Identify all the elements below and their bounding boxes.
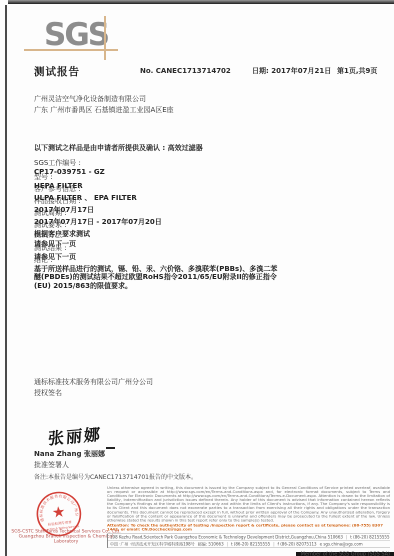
address-row-cn: 中国 ·广州 ·经济技术开发区科学城科珠路198号 邮编: 510663| t … xyxy=(108,540,390,547)
handwritten-signature: 张丽娜 xyxy=(47,422,102,450)
divider: | xyxy=(346,534,347,541)
field-label: SGS工作编号 : xyxy=(34,159,140,168)
divider: | xyxy=(227,541,228,548)
stamp-company-text: SGS-CSTC Standards Technical Services Co… xyxy=(10,529,122,544)
field-label: 型号 : xyxy=(34,173,140,182)
stamp-star-icon: ★ xyxy=(51,502,66,521)
phone-en: t (86-20) 82155555 xyxy=(350,534,389,541)
sgs-logo: SGS xyxy=(44,17,108,53)
signer-name: Nana Zhang 张丽娜 xyxy=(34,450,105,459)
field-row-conclusion: 结论 :基于所送样品进行的测试，镉、铅、汞、六价铬、多溴联苯(PBBs)、多溴二… xyxy=(34,256,384,290)
field-label: 测试要求 : xyxy=(34,221,140,230)
legal-disclaimer: Unless otherwise agreed in writing, this… xyxy=(107,486,390,522)
field-value: 基于所送样品进行的测试，镉、铅、汞、六价铬、多溴联苯(PBBs)、多溴二苯醚(P… xyxy=(34,265,282,291)
address-cn: 中国 ·广州 ·经济技术开发区科学城科珠路198号 xyxy=(110,541,195,548)
field-label: 测试周期 : xyxy=(34,209,140,218)
field-label: 测试方法 : xyxy=(34,231,140,240)
divider: | xyxy=(273,541,274,548)
report-number: No. CANEC1713714702 xyxy=(140,67,231,76)
stamp-company-line2: Guangzhou Branch Inspection & Chemical L… xyxy=(10,534,122,544)
remark-note: 备注:本报告是编号为CANEC1713714701报告的中文版本。 xyxy=(34,472,197,481)
report-title: 测试报告 xyxy=(34,64,80,79)
report-page: SGS 测试报告 No. CANEC1713714702 日期: 2017年07… xyxy=(0,0,394,556)
attention-notice: Attention: To check the authenticity of … xyxy=(107,523,390,531)
address-en: 198 Kezhu Road,Scientech Park Guangzhou … xyxy=(110,534,343,541)
address-box: 198 Kezhu Road,Scientech Park Guangzhou … xyxy=(107,533,390,548)
sample-statement: 以下测试之样品是由申请者所提供及确认 : 高效过滤器 xyxy=(34,144,203,153)
applicant-name: 广州灵洁空气净化设备制造有限公司 xyxy=(34,95,146,104)
scan-edge-left xyxy=(5,5,7,556)
field-label: 客户参考信息 : xyxy=(34,185,140,194)
footer-block: Unless otherwise agreed in writing, this… xyxy=(107,486,390,556)
signer-title: 批准签署人 xyxy=(34,461,69,470)
signature-underscore xyxy=(106,447,115,449)
fax-cn: f (86-20) 82075113 xyxy=(278,541,317,548)
applicant-address: 广东 广州市番禺区 石基镇进盈工业园A区E座 xyxy=(34,106,174,115)
scan-edge-top xyxy=(8,0,394,4)
phone-cn: t (86-20) 82155555 xyxy=(231,541,270,548)
field-label: 测试结果 : xyxy=(34,244,140,253)
authorized-signature-label: 授权签名 xyxy=(34,389,62,398)
email: e sgs.china@sgs.com xyxy=(320,541,363,548)
field-label: 样品接收日期 : xyxy=(34,197,140,206)
page-count: 第1页,共9页 xyxy=(337,67,377,76)
sgs-member-line: Member of the SGS Group (SGS SA) xyxy=(107,551,390,556)
field-label: 结论 : xyxy=(34,256,140,265)
postcode: 邮编: 510663 xyxy=(198,541,224,548)
logo-crossline xyxy=(104,16,106,60)
report-date: 日期: 2017年07月21日 xyxy=(252,67,331,76)
issuing-company: 通标标准技术服务有限公司广州分公司 xyxy=(34,378,153,387)
